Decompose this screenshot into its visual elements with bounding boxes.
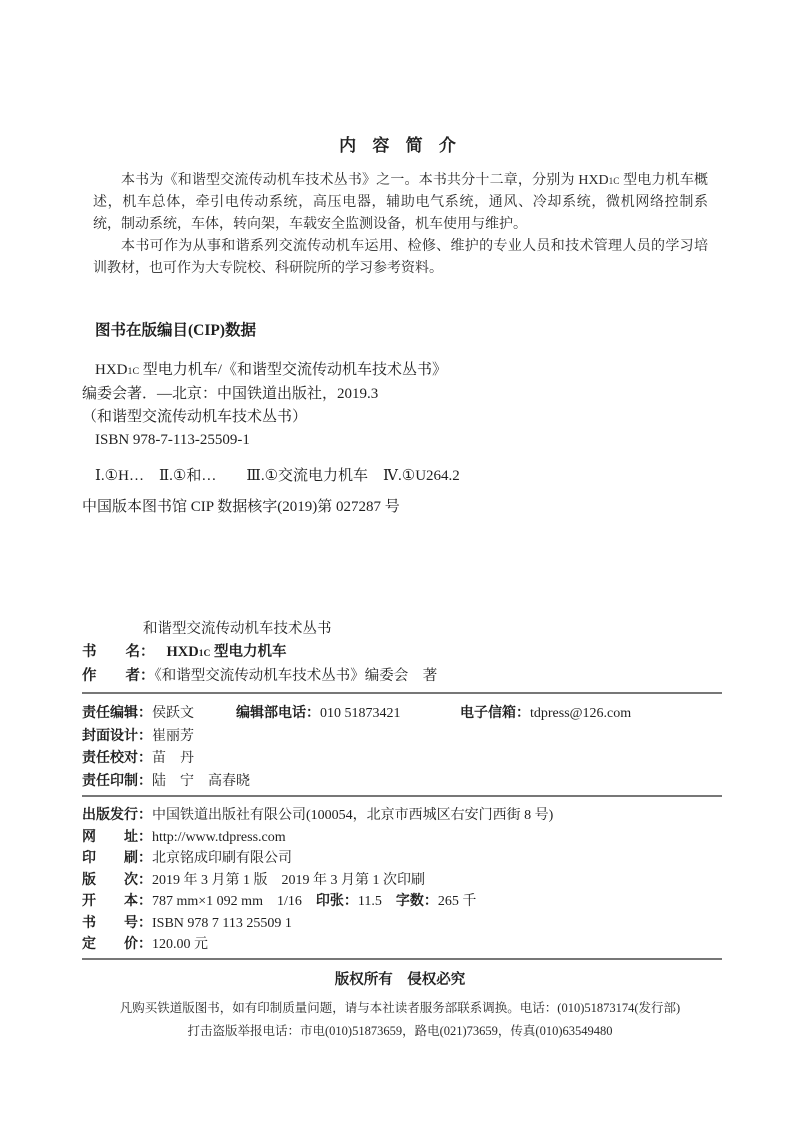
model-base: HXD — [578, 173, 608, 188]
sheets-label: 印张： — [316, 894, 358, 909]
staff-row-print-supervisor: 责任印制：陆 宁 高春晓 — [82, 771, 722, 794]
email-value: tdpress@126.com — [530, 706, 631, 721]
editor-value: 侯跃文 — [152, 706, 194, 721]
book-info-section: 和谐型交流传动机车技术丛书 书 名：HXD1C 型电力机车 作 者：《和谐型交流… — [82, 618, 722, 688]
author-row: 作 者：《和谐型交流传动机车技术丛书》编委会 著 — [82, 665, 722, 688]
publish-row-printer: 印 刷：北京铭成印刷有限公司 — [82, 848, 722, 870]
publish-row-isbn: 书 号：ISBN 978 7 113 25509 1 — [82, 913, 722, 935]
printer-label: 印 刷： — [82, 851, 152, 866]
edition-label: 版 次： — [82, 873, 152, 888]
sheets-value: 11.5 — [358, 894, 382, 909]
phone-cell: 编辑部电话：010 51873421 — [236, 703, 460, 726]
phone-value: 010 51873421 — [320, 706, 401, 721]
edition-value: 2019 年 3 月第 1 版 2019 年 3 月第 1 次印刷 — [152, 873, 425, 888]
author-value: 《和谐型交流传动机车技术丛书》编委会 著 — [155, 668, 438, 684]
publish-row-publisher: 出版发行：中国铁道出版社有限公司(100054，北京市西城区右安门西街 8 号) — [82, 805, 722, 827]
horizontal-rule-1 — [82, 692, 722, 694]
cip-record-number: 中国版本图书馆 CIP 数据核字(2019)第 027287 号 — [82, 495, 722, 516]
cip-classification: Ⅰ.①H… Ⅱ.①和… Ⅲ.①交流电力机车 Ⅳ.①U264.2 — [82, 464, 722, 485]
staff-row-cover-design: 封面设计：崔丽芳 — [82, 726, 722, 749]
summary-paragraph-2: 本书可作为从事和谐系列交流传动机车运用、检修、维护的专业人员和技术管理人员的学习… — [93, 236, 708, 280]
publishing-section: 出版发行：中国铁道出版社有限公司(100054，北京市西城区右安门西街 8 号)… — [82, 805, 722, 956]
cip-line-3: （和谐型交流传动机车技术丛书） — [82, 406, 722, 429]
horizontal-rule-2 — [82, 795, 722, 797]
cip-isbn: ISBN 978-7-113-25509-1 — [82, 429, 722, 452]
editor-cell: 责任编辑：侯跃文 — [82, 703, 236, 726]
cip-heading: 图书在版编目(CIP)数据 — [82, 318, 722, 340]
model-designation: HXD1C — [578, 173, 619, 188]
email-label: 电子信箱： — [460, 706, 530, 721]
cover-design-value: 崔丽芳 — [152, 729, 194, 744]
author-label: 作 者： — [82, 668, 155, 684]
isbn-value: ISBN 978 7 113 25509 1 — [152, 916, 292, 931]
model-subscript: 1C — [609, 176, 620, 186]
publisher-label: 出版发行： — [82, 808, 152, 823]
horizontal-rule-3 — [82, 958, 722, 960]
phone-label: 编辑部电话： — [236, 706, 320, 721]
cip-line-1-rest: 型电力机车/《和谐型交流传动机车技术丛书》 — [139, 362, 447, 378]
website-value: http://www.tdpress.com — [152, 830, 286, 845]
format-label: 开 本： — [82, 894, 152, 909]
publisher-value: 中国铁道出版社有限公司(100054，北京市西城区右安门西街 8 号) — [152, 808, 553, 823]
book-title-row: 书 名：HXD1C 型电力机车 — [82, 641, 722, 665]
publish-row-format: 开 本：787 mm×1 092 mm 1/16印张：11.5字数：265 千 — [82, 891, 722, 913]
cip-section: 图书在版编目(CIP)数据 HXD1C 型电力机车/《和谐型交流传动机车技术丛书… — [82, 318, 722, 516]
book-title-rest: 型电力机车 — [210, 644, 286, 660]
wordcount-value: 265 千 — [438, 894, 477, 909]
publish-row-edition: 版 次：2019 年 3 月第 1 版 2019 年 3 月第 1 次印刷 — [82, 870, 722, 892]
website-label: 网 址： — [82, 830, 152, 845]
copyright-notice: 版权所有 侵权必究 — [40, 968, 760, 989]
book-title-value: HXD1C 型电力机车 — [167, 644, 287, 660]
staff-row-proofreader: 责任校对：苗 丹 — [82, 748, 722, 771]
price-label: 定 价： — [82, 937, 152, 952]
summary-paragraph-1: 本书为《和谐型交流传动机车技术丛书》之一。本书共分十二章，分别为 HXD1C 型… — [93, 170, 708, 236]
email-cell: 电子信箱：tdpress@126.com — [460, 703, 722, 726]
price-value: 120.00 元 — [152, 937, 208, 952]
proofreader-label: 责任校对： — [82, 751, 152, 766]
print-supervisor-value: 陆 宁 高春晓 — [152, 774, 250, 789]
book-title-label: 书 名： — [82, 644, 155, 660]
piracy-report-hotline: 打击盗版举报电话：市电(010)51873659，路电(021)73659，传真… — [40, 1021, 760, 1039]
book-title-base: HXD — [167, 644, 199, 660]
isbn-label: 书 号： — [82, 916, 152, 931]
publish-row-price: 定 价：120.00 元 — [82, 934, 722, 956]
cover-design-label: 封面设计： — [82, 729, 152, 744]
publish-row-website: 网 址：http://www.tdpress.com — [82, 827, 722, 849]
cip-line-1: HXD1C 型电力机车/《和谐型交流传动机车技术丛书》 — [82, 359, 722, 383]
content-summary-title: 内 容 简 介 — [93, 131, 708, 156]
content-summary-section: 内 容 简 介 本书为《和谐型交流传动机车技术丛书》之一。本书共分十二章，分别为… — [93, 131, 708, 280]
print-supervisor-label: 责任印制： — [82, 774, 152, 789]
cip-model-base: HXD — [95, 362, 128, 378]
book-title-subscript: 1C — [199, 648, 211, 659]
staff-row-editor: 责任编辑：侯跃文 编辑部电话：010 51873421 电子信箱：tdpress… — [82, 703, 722, 726]
printer-value: 北京铭成印刷有限公司 — [152, 851, 292, 866]
summary-p1-text-before: 本书为《和谐型交流传动机车技术丛书》之一。本书共分十二章，分别为 — [121, 173, 578, 188]
cip-line-2: 编委会著．—北京：中国铁道出版社，2019.3 — [82, 383, 722, 406]
wordcount-label: 字数： — [396, 894, 438, 909]
format-value: 787 mm×1 092 mm 1/16 — [152, 894, 302, 909]
quality-exchange-notice: 凡购买铁道版图书，如有印制质量问题，请与本社读者服务部联系调换。电话：(010)… — [40, 998, 760, 1016]
series-title: 和谐型交流传动机车技术丛书 — [82, 618, 722, 641]
book-copyright-page: 内 容 简 介 本书为《和谐型交流传动机车技术丛书》之一。本书共分十二章，分别为… — [0, 0, 800, 1125]
staff-section: 责任编辑：侯跃文 编辑部电话：010 51873421 电子信箱：tdpress… — [82, 703, 722, 793]
editor-label: 责任编辑： — [82, 706, 152, 721]
cip-model-subscript: 1C — [128, 366, 140, 377]
cip-description: HXD1C 型电力机车/《和谐型交流传动机车技术丛书》 编委会著．—北京：中国铁… — [82, 359, 722, 452]
copyright-footer-section: 版权所有 侵权必究 凡购买铁道版图书，如有印制质量问题，请与本社读者服务部联系调… — [40, 968, 760, 1039]
proofreader-value: 苗 丹 — [152, 751, 194, 766]
